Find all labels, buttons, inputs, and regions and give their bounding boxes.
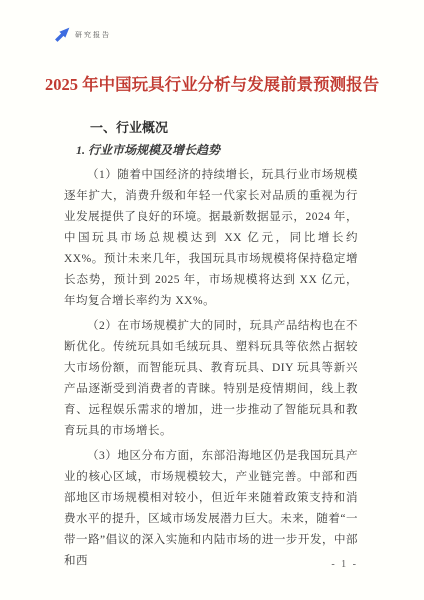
brand-logo: 研究报告 [55,27,111,42]
paragraph-1: （1）随着中国经济的持续增长，玩具行业市场规模逐年扩大，消费升级和年轻一代家长对… [64,165,358,312]
report-page: 研究报告 2025 年中国玩具行业分析与发展前景预测报告 一、行业概况 1. 行… [0,0,424,600]
section-heading: 一、行业概况 [64,120,358,136]
brand-name: 研究报告 [75,30,111,40]
report-body: 一、行业概况 1. 行业市场规模及增长趋势 （1）随着中国经济的持续增长，玩具行… [64,120,358,572]
subsection-heading: 1. 行业市场规模及增长趋势 [64,143,358,158]
arrow-up-right-icon [55,27,70,42]
page-number: - 1 - [331,559,358,570]
report-title: 2025 年中国玩具行业分析与发展前景预测报告 [0,72,424,98]
paragraph-2: （2）在市场规模扩大的同时，玩具产品结构也在不断优化。传统玩具如毛绒玩具、塑料玩… [64,316,358,442]
paragraph-3: （3）地区分布方面，东部沿海地区仍是我国玩具产业的核心区域，市场规模较大，产业链… [64,446,358,572]
